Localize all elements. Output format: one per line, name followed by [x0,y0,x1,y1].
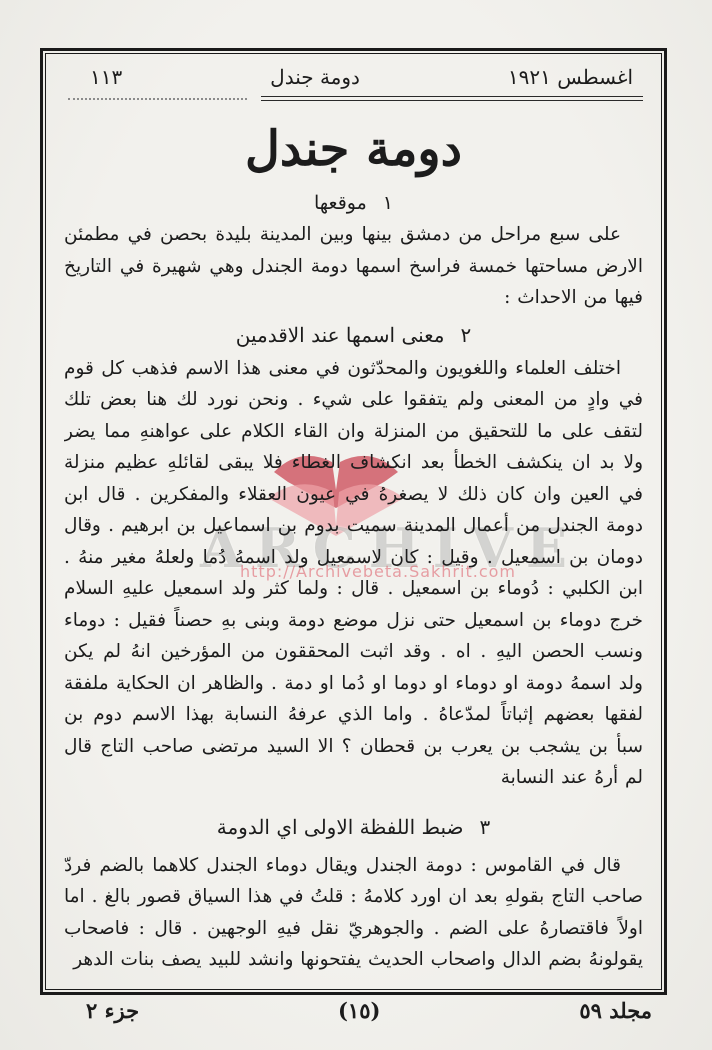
text-line: يقولونهُ بضم الدال واصحاب الحديث يفتحونه… [64,944,643,976]
text-line: خرج دوماء بن اسمعيل حتى نزل موضع دومة وب… [64,605,643,637]
section-3-title: ضبط اللفظة الاولى اي الدومة [217,812,464,842]
text-line: دومة الجندل من أعمال المدينة سميت بدوم ب… [64,510,643,542]
section-2-heading: ٢ معنى اسمها عند الاقدمين [64,320,643,350]
section-1-paragraph: على سبع مراحل من دمشق بينها وبين المدينة… [64,219,643,314]
text-line: في العين وان كان ذلك لا يصغرهُ في عيون ا… [64,479,643,511]
section-2-number: ٢ [461,320,472,350]
text-line: اولاً فاقتصارهُ على الضم . والجوهريّ نقل… [64,913,643,945]
footer-page-number: (١٥) [338,998,380,1023]
page-number: ١١٣ [90,65,122,89]
page-border-frame: اغسطس ١٩٢١ دومة جندل ١١٣ دومة جندل ١ موق… [40,48,667,995]
footer-volume: مجلد ٥٩ [579,998,652,1023]
section-3-heading: ٣ ضبط اللفظة الاولى اي الدومة [64,812,643,842]
article-title: دومة جندل [64,116,643,182]
text-line: لم أرهُ عند النسابة [64,762,643,794]
text-line: اختلف العلماء واللغويون والمحدّثون في مع… [64,353,643,385]
section-2-title: معنى اسمها عند الاقدمين [236,320,445,350]
text-line: لفقها بعضهم إثباتاً لمدّعاهُ . واما الذي… [64,699,643,731]
section-1-title: موقعها [314,190,367,216]
text-line: ولا بد ان ينكشف الخطأ بعد انكشاف الغطاء … [64,447,643,479]
header-rule [64,96,643,102]
header-rule-solid [261,96,643,101]
text-line: دومان بن اسمعيل . وقيل : كان لاسمعيل ولد… [64,542,643,574]
running-head-title: دومة جندل [270,65,360,89]
running-head: اغسطس ١٩٢١ دومة جندل ١١٣ [64,58,643,96]
section-3-paragraph: قال في القاموس : دومة الجندل ويقال دوماء… [64,850,643,976]
text-line: فيها من الاحداث : [64,282,643,314]
footer-part: جزء ٢ [86,998,139,1023]
header-rule-dotted [68,98,247,100]
scanned-journal-page: { "header": { "date": "اغسطس ١٩٢١", "art… [0,0,712,1050]
text-line: في وادٍ من المعنى ولم يتفقوا على شيء . و… [64,384,643,416]
text-line: قال في القاموس : دومة الجندل ويقال دوماء… [64,850,643,882]
section-1-heading: ١ موقعها [64,190,643,216]
text-line: ونسب الحصن اليهِ . اه . وقد اثبت المحققو… [64,636,643,668]
page-footer: مجلد ٥٩ (١٥) جزء ٢ [40,998,664,1023]
running-head-date: اغسطس ١٩٢١ [508,65,633,89]
page-content: اغسطس ١٩٢١ دومة جندل ١١٣ دومة جندل ١ موق… [45,53,662,990]
text-line: ولد اسمهُ دومة او دوماء او دوما او دُما … [64,668,643,700]
text-line: الارض مساحتها خمسة فراسخ اسمها دومة الجن… [64,251,643,283]
section-2-paragraph: اختلف العلماء واللغويون والمحدّثون في مع… [64,353,643,794]
text-line: ابن الكلبي : دُوماء بن اسمعيل . قال : ول… [64,573,643,605]
text-line: صاحب التاج بقولهِ بعد ان اورد كلامهُ : ق… [64,881,643,913]
section-3-number: ٣ [480,812,491,842]
text-line: على سبع مراحل من دمشق بينها وبين المدينة… [64,219,643,251]
text-line: لتقف على ما للتحقيق من المنزلة وان القاء… [64,416,643,448]
section-1-number: ١ [383,190,393,216]
text-line: سبأ بن يشجب بن يعرب بن قحطان ؟ الا السيد… [64,731,643,763]
